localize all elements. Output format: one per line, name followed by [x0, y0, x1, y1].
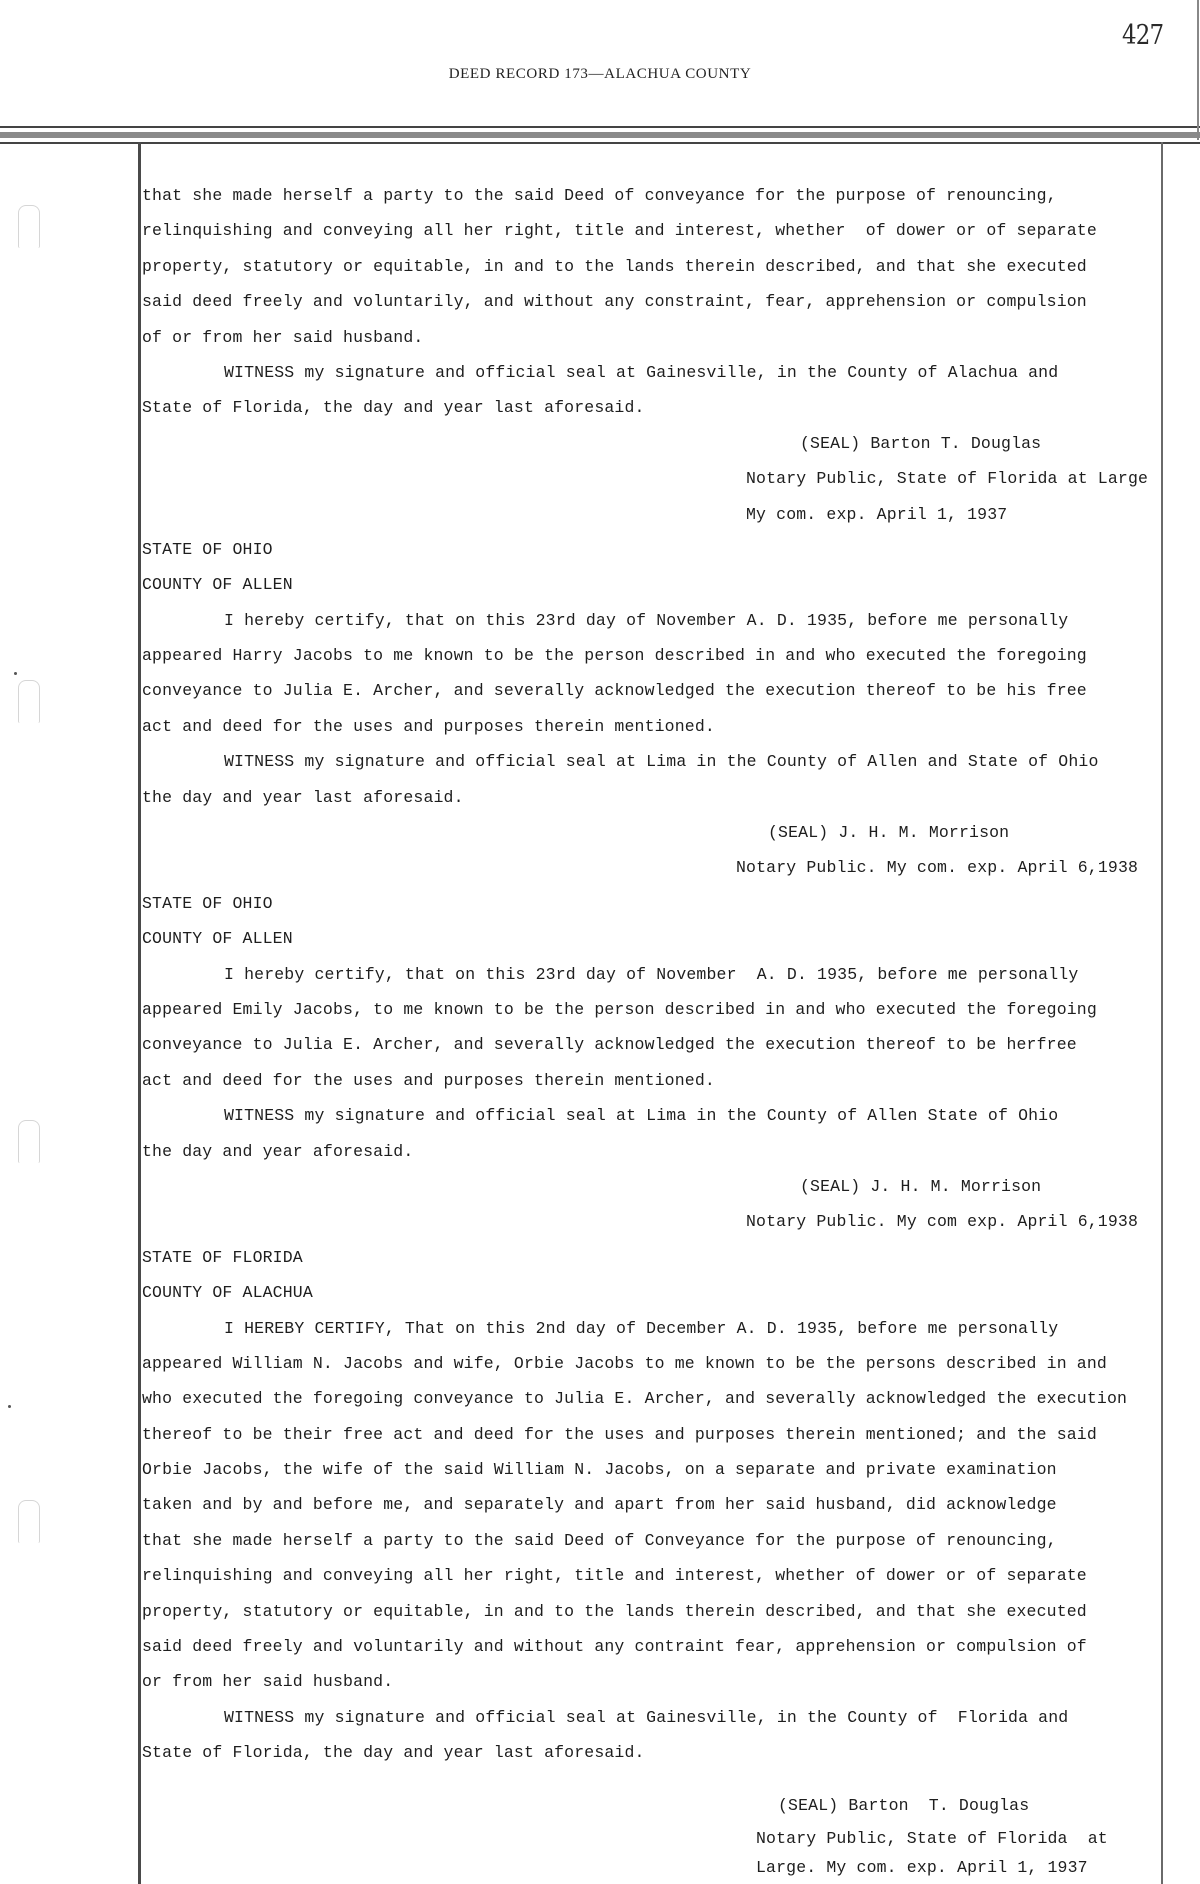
notary-commission: My com. exp. April 1, 1937: [142, 497, 1200, 532]
witness-line: State of Florida, the day and year last …: [142, 390, 1200, 425]
page-edge: [1197, 0, 1199, 140]
text-line: conveyance to Julia E. Archer, and sever…: [142, 1027, 1200, 1062]
county-heading: COUNTY OF ALLEN: [142, 567, 1200, 602]
witness-line: the day and year aforesaid.: [142, 1134, 1200, 1169]
witness-line: WITNESS my signature and official seal a…: [142, 1098, 1200, 1133]
header-rule-top: [0, 126, 1200, 128]
binder-hole-mark: [18, 1500, 40, 1543]
section-continuation: that she made herself a party to the sai…: [142, 178, 1200, 532]
header-rule-bottom: [0, 142, 1200, 144]
text-line: said deed freely and voluntarily and wit…: [142, 1629, 1200, 1664]
county-heading: COUNTY OF ALLEN: [142, 921, 1200, 956]
text-line: of or from her said husband.: [142, 320, 1200, 355]
text-line: appeared William N. Jacobs and wife, Orb…: [142, 1346, 1200, 1381]
text-line: thereof to be their free act and deed fo…: [142, 1417, 1200, 1452]
text-line: act and deed for the uses and purposes t…: [142, 1063, 1200, 1098]
binder-hole-mark: [18, 1120, 40, 1163]
section-ohio-harry-jacobs: STATE OF OHIO COUNTY OF ALLEN I hereby c…: [142, 532, 1200, 886]
header-rule-thick: [0, 132, 1200, 138]
state-heading: STATE OF OHIO: [142, 886, 1200, 921]
state-heading: STATE OF OHIO: [142, 532, 1200, 567]
text-line: I hereby certify, that on this 23rd day …: [142, 603, 1200, 638]
county-heading: COUNTY OF ALACHUA: [142, 1275, 1200, 1310]
witness-line: WITNESS my signature and official seal a…: [142, 355, 1200, 390]
page-number: 427: [1122, 20, 1163, 51]
section-ohio-emily-jacobs: STATE OF OHIO COUNTY OF ALLEN I hereby c…: [142, 886, 1200, 1240]
text-line: conveyance to Julia E. Archer, and sever…: [142, 673, 1200, 708]
speck-mark: [8, 1405, 11, 1408]
witness-line: the day and year last aforesaid.: [142, 780, 1200, 815]
notary-signature: (SEAL) Barton T. Douglas: [142, 1771, 1200, 1824]
notary-title: Notary Public. My com exp. April 6,1938: [142, 1204, 1200, 1239]
notary-title: Notary Public. My com. exp. April 6,1938: [142, 850, 1200, 885]
text-line: act and deed for the uses and purposes t…: [142, 709, 1200, 744]
record-header-title: DEED RECORD 173—ALACHUA COUNTY: [0, 66, 1200, 83]
text-line: who executed the foregoing conveyance to…: [142, 1381, 1200, 1416]
notary-title: Notary Public, State of Florida at: [142, 1824, 1200, 1854]
section-florida-jacobs: STATE OF FLORIDA COUNTY OF ALACHUA I HER…: [142, 1240, 1200, 1884]
text-line: said deed freely and voluntarily, and wi…: [142, 284, 1200, 319]
text-line: that she made herself a party to the sai…: [142, 1523, 1200, 1558]
notary-signature: (SEAL) J. H. M. Morrison: [142, 815, 1200, 850]
witness-line: WITNESS my signature and official seal a…: [142, 1700, 1200, 1735]
witness-line: WITNESS my signature and official seal a…: [142, 744, 1200, 779]
text-line: relinquishing and conveying all her righ…: [142, 1558, 1200, 1593]
text-line: relinquishing and conveying all her righ…: [142, 213, 1200, 248]
state-heading: STATE OF FLORIDA: [142, 1240, 1200, 1275]
left-margin-line: [138, 142, 141, 1884]
text-line: appeared Emily Jacobs, to me known to be…: [142, 992, 1200, 1027]
notary-signature: (SEAL) J. H. M. Morrison: [142, 1169, 1200, 1204]
text-line: I HEREBY CERTIFY, That on this 2nd day o…: [142, 1311, 1200, 1346]
text-line: I hereby certify, that on this 23rd day …: [142, 957, 1200, 992]
text-line: property, statutory or equitable, in and…: [142, 249, 1200, 284]
text-line: that she made herself a party to the sai…: [142, 178, 1200, 213]
text-line: appeared Harry Jacobs to me known to be …: [142, 638, 1200, 673]
witness-line: State of Florida, the day and year last …: [142, 1735, 1200, 1770]
text-line: taken and by and before me, and separate…: [142, 1487, 1200, 1522]
notary-signature: (SEAL) Barton T. Douglas: [142, 426, 1200, 461]
notary-commission: Large. My com. exp. April 1, 1937: [142, 1854, 1200, 1884]
speck-mark: [14, 672, 17, 675]
notary-title: Notary Public, State of Florida at Large: [142, 461, 1200, 496]
binder-hole-mark: [18, 205, 40, 248]
text-line: Orbie Jacobs, the wife of the said Willi…: [142, 1452, 1200, 1487]
deed-record-body: that she made herself a party to the sai…: [142, 178, 1200, 1884]
text-line: or from her said husband.: [142, 1664, 1200, 1699]
binder-hole-mark: [18, 680, 40, 723]
text-line: property, statutory or equitable, in and…: [142, 1594, 1200, 1629]
